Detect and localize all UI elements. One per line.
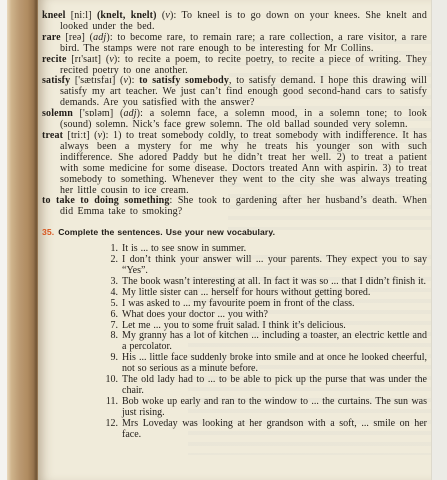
dictionary-entry: to take to doing something: She took to … — [42, 196, 427, 218]
entry-headword-or-emphasis: to satisfy somebody — [139, 75, 229, 86]
entry-text: [reə] ( — [61, 32, 93, 43]
exercise-item-text: It is ... to see snow in summer. — [122, 243, 246, 254]
page-right-edge — [431, 0, 447, 480]
page-text-block: kneel [niːl] (knelt, knelt) (v): To knee… — [42, 11, 427, 441]
exercise-item-number: 12. — [42, 419, 118, 430]
scanned-book-photo: kneel [niːl] (knelt, knelt) (v): To knee… — [0, 0, 447, 480]
exercise-item: 8.My granny has a lot of kitchen ... inc… — [42, 331, 427, 353]
exercise-item-number: 8. — [42, 331, 118, 342]
exercise-item-number: 11. — [42, 397, 118, 408]
exercise-item: 12.Mrs Loveday was looking at her grands… — [42, 419, 427, 441]
entry-text: [niːl] — [66, 10, 97, 21]
exercise-item: 9.His ... little face suddenly broke int… — [42, 353, 427, 375]
exercise-item-number: 5. — [42, 299, 118, 310]
entry-text: ['sætɪsfaɪ] ( — [70, 75, 123, 86]
exercise-item: 10.The old lady had to ... to be able to… — [42, 375, 427, 397]
exercise-item: 2.I don’t think your answer will ... you… — [42, 255, 427, 277]
exercise-item-text: Let me ... you to some fruit salad. I th… — [122, 320, 346, 331]
entry-headword-or-emphasis: satisfy — [42, 75, 70, 86]
exercise-heading: 35.Complete the sentences. Use your new … — [42, 227, 427, 238]
exercise-title: Complete the sentences. Use your new voc… — [58, 227, 275, 237]
exercise-item-text: Bob woke up early and ran to the window … — [122, 396, 427, 418]
exercise-item-text: I don’t think your answer will ... your … — [122, 254, 427, 276]
exercise-item-number: 6. — [42, 310, 118, 321]
exercise-item-text: Mrs Loveday was looking at her grandson … — [122, 418, 427, 440]
entry-headword-or-emphasis: to take to doing something — [42, 195, 170, 206]
book-binding-edge — [7, 0, 38, 480]
exercise-item-text: What does your doctor ... you with? — [122, 309, 268, 320]
entry-text: ): to become rare, to remain rare; a rar… — [60, 32, 427, 54]
dictionary-entry: rare [reə] (adj): to become rare, to rem… — [42, 33, 427, 55]
vocab-list: kneel [niːl] (knelt, knelt) (v): To knee… — [42, 11, 427, 218]
entry-headword-or-emphasis: (knelt, knelt) — [97, 10, 157, 21]
exercise-item-number: 1. — [42, 244, 118, 255]
exercise-item-number: 10. — [42, 375, 118, 386]
exercise-item-text: The book wasn’t interesting at all. In f… — [122, 276, 426, 287]
exercise-item-number: 2. — [42, 255, 118, 266]
entry-headword-or-emphasis: recite — [42, 54, 67, 65]
exercise-item-number: 4. — [42, 288, 118, 299]
entry-pos-label: adj — [93, 32, 106, 43]
entry-text: ['sɒləm] ( — [73, 108, 124, 119]
exercise-item-text: His ... little face suddenly broke into … — [122, 352, 427, 374]
entry-text: ): to recite a poem, to recite poetry, t… — [60, 54, 427, 76]
dictionary-entry: solemn ['sɒləm] (adj): a solemn face, a … — [42, 109, 427, 131]
exercise-item-number: 9. — [42, 353, 118, 364]
exercise-item-text: The old lady had to ... to be able to pi… — [122, 374, 427, 396]
dictionary-entry: satisfy ['sætɪsfaɪ] (v): to satisfy some… — [42, 76, 427, 109]
dictionary-entry: treat [triːt] (v): 1) to treat somebody … — [42, 131, 427, 196]
dictionary-entry: kneel [niːl] (knelt, knelt) (v): To knee… — [42, 11, 427, 33]
entry-pos-label: adj — [123, 108, 136, 119]
entry-text: ): 1) to treat somebody coldly, to treat… — [60, 130, 427, 196]
exercise-section: 35.Complete the sentences. Use your new … — [42, 227, 427, 440]
entry-headword-or-emphasis: kneel — [42, 10, 66, 21]
exercise-item-number: 3. — [42, 277, 118, 288]
entry-text: ): — [128, 75, 139, 86]
entry-text: [triːt] ( — [63, 130, 97, 141]
exercise-item-text: My granny has a lot of kitchen ... inclu… — [122, 330, 427, 352]
entry-text: [rɪ'saɪt] ( — [67, 54, 110, 65]
exercise-item-text: I was asked to ... my favourite poem in … — [122, 298, 355, 309]
dictionary-entry: recite [rɪ'saɪt] (v): to recite a poem, … — [42, 55, 427, 77]
exercise-item: 11.Bob woke up early and ran to the wind… — [42, 397, 427, 419]
entry-headword-or-emphasis: rare — [42, 32, 61, 43]
exercise-item-number: 7. — [42, 321, 118, 332]
exercise-item-text: My little sister can ... herself for hou… — [122, 287, 370, 298]
entry-headword-or-emphasis: treat — [42, 130, 63, 141]
exercise-item-list: 1.It is ... to see snow in summer.2.I do… — [42, 244, 427, 440]
exercise-number: 35. — [42, 227, 54, 237]
entry-headword-or-emphasis: solemn — [42, 108, 73, 119]
